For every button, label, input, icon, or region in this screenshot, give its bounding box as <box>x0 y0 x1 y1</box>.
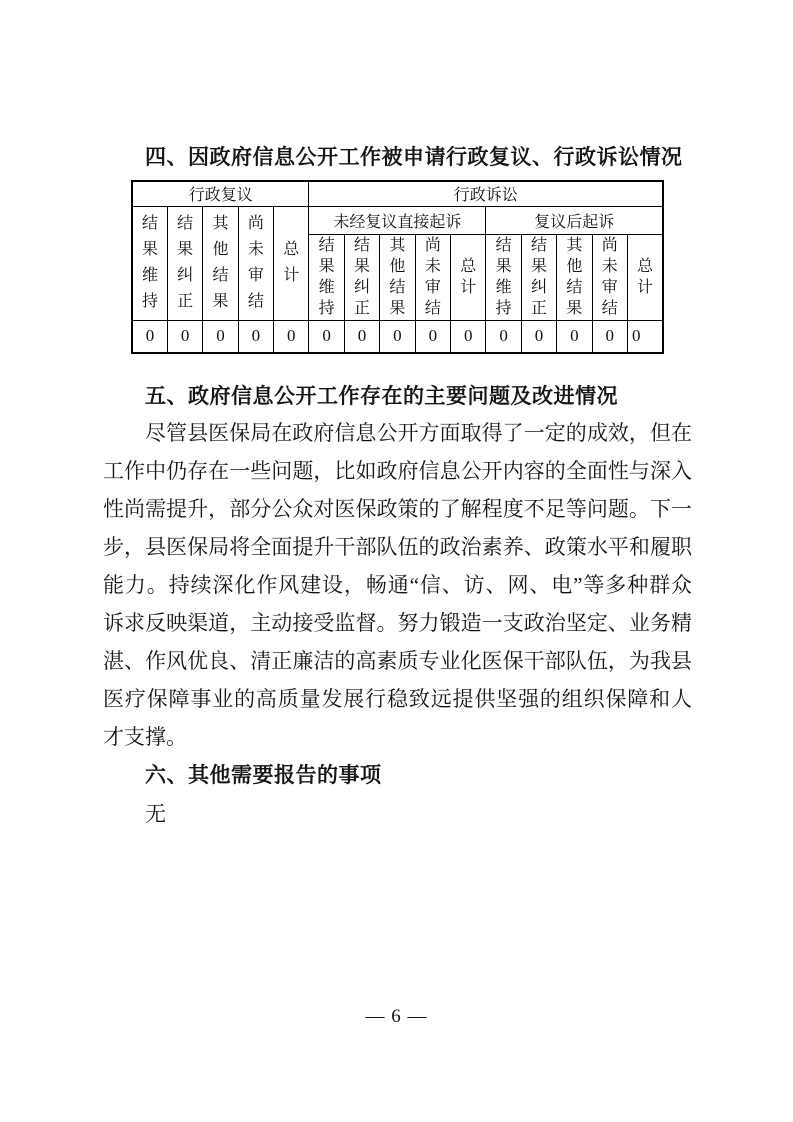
value-cell: 0 <box>203 320 238 353</box>
review-outcome-upheld-header: 结果维持 <box>132 206 167 320</box>
value-cell: 0 <box>451 320 486 353</box>
direct-suit-other-header: 其他结果 <box>380 234 415 320</box>
value-cell: 0 <box>344 320 379 353</box>
value-cell: 0 <box>415 320 450 353</box>
value-cell: 0 <box>132 320 167 353</box>
direct-suit-corrected-header: 结果纠正 <box>344 234 379 320</box>
value-cell: 0 <box>274 320 309 353</box>
page-content: 四、因政府信息公开工作被申请行政复议、行政诉讼情况 行政复议 行政诉讼 结果维持… <box>103 0 692 833</box>
paragraph-line: 医疗保障事业的高质量发展行稳致远提供坚强的组织保障和人 <box>103 680 692 718</box>
value-cell: 0 <box>238 320 273 353</box>
post-review-suit-corrected-header: 结果纠正 <box>521 234 556 320</box>
table-group-header-row: 行政复议 行政诉讼 <box>132 181 663 206</box>
value-cell: 0 <box>486 320 521 353</box>
value-cell: 0 <box>380 320 415 353</box>
review-outcome-other-header: 其他结果 <box>203 206 238 320</box>
section6-heading: 六、其他需要报告的事项 <box>103 763 692 789</box>
paragraph-line: 能力。持续深化作风建设，畅通“信、访、网、电”等多种群众 <box>103 566 692 604</box>
direct-suit-pending-header: 尚未审结 <box>415 234 450 320</box>
value-cell: 0 <box>167 320 202 353</box>
value-cell: 0 <box>309 320 344 353</box>
value-cell: 0 <box>627 320 663 353</box>
paragraph-line: 步，县医保局将全面提升干部队伍的政治素养、政策水平和履职 <box>103 528 692 566</box>
section4-heading: 四、因政府信息公开工作被申请行政复议、行政诉讼情况 <box>103 145 692 171</box>
review-group-header: 行政复议 <box>132 181 309 206</box>
paragraph-line: 诉求反映渠道，主动接受监督。努力锻造一支政治坚定、业务精 <box>103 604 692 642</box>
table-values-row: 0 0 0 0 0 0 0 0 0 0 0 0 0 0 0 <box>132 320 663 353</box>
direct-suit-upheld-header: 结果维持 <box>309 234 344 320</box>
review-outcome-total-header: 总计 <box>274 206 309 320</box>
value-cell: 0 <box>557 320 592 353</box>
review-outcome-corrected-header: 结果纠正 <box>167 206 202 320</box>
paragraph-line: 工作中仍存在一些问题，比如政府信息公开内容的全面性与深入 <box>103 452 692 490</box>
post-review-suit-pending-header: 尚未审结 <box>592 234 627 320</box>
post-review-suit-total-header: 总计 <box>627 234 663 320</box>
section5-heading: 五、政府信息公开工作存在的主要问题及改进情况 <box>103 384 692 410</box>
paragraph-line: 尽管县医保局在政府信息公开方面取得了一定的成效，但在 <box>103 414 692 452</box>
post-review-suit-upheld-header: 结果维持 <box>486 234 521 320</box>
section6-content: 无 <box>103 795 692 833</box>
paragraph-line: 湛、作风优良、清正廉洁的高素质专业化医保干部队伍，为我县 <box>103 642 692 680</box>
document-page: 四、因政府信息公开工作被申请行政复议、行政诉讼情况 行政复议 行政诉讼 结果维持… <box>0 0 793 1122</box>
paragraph-line: 性尚需提升，部分公众对医保政策的了解程度不足等问题。下一 <box>103 490 692 528</box>
direct-suit-total-header: 总计 <box>451 234 486 320</box>
value-cell: 0 <box>592 320 627 353</box>
litigation-group-header: 行政诉讼 <box>309 181 663 206</box>
table-subgroup-header-row: 结果维持 结果纠正 其他结果 尚未审结 总计 未经复议直接起诉 复议后起诉 <box>132 206 663 234</box>
post-review-suit-other-header: 其他结果 <box>557 234 592 320</box>
post-review-suit-subgroup-header: 复议后起诉 <box>486 206 663 234</box>
paragraph-line: 才支撑。 <box>103 718 692 756</box>
page-number: — 6 — <box>0 1006 793 1028</box>
value-cell: 0 <box>521 320 556 353</box>
review-outcome-pending-header: 尚未审结 <box>238 206 273 320</box>
admin-review-litigation-table: 行政复议 行政诉讼 结果维持 结果纠正 其他结果 尚未审结 总计 未经复议直接起… <box>131 180 664 354</box>
section5-paragraph: 尽管县医保局在政府信息公开方面取得了一定的成效，但在 工作中仍存在一些问题，比如… <box>103 414 692 756</box>
direct-suit-subgroup-header: 未经复议直接起诉 <box>309 206 486 234</box>
